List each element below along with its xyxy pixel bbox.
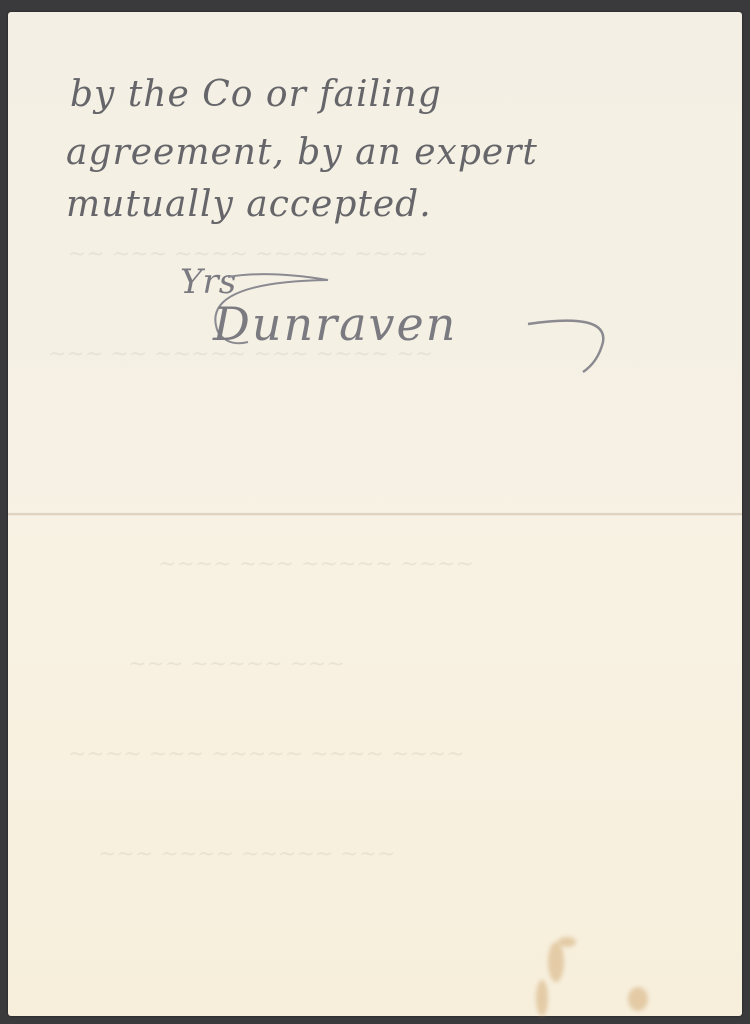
handwritten-line-3: mutually accepted.: [66, 184, 432, 225]
handwritten-line-1: by the Co or failing: [70, 74, 442, 115]
stain: [558, 937, 576, 947]
signature: Dunraven: [213, 297, 457, 351]
reverse-bleed-text: ~~ ~~~ ~~~~ ~~~~~ ~~~~: [68, 242, 428, 267]
handwritten-line-2: agreement, by an expert: [66, 132, 538, 173]
stain: [628, 987, 648, 1011]
reverse-bleed-text: ~~~~ ~~~ ~~~~~ ~~~~: [158, 552, 474, 577]
letter-page: ~~ ~~~ ~~~~ ~~~~~ ~~~~ ~~~ ~~ ~~~~~ ~~~ …: [8, 12, 742, 1016]
reverse-bleed-text: ~~~ ~~~~ ~~~~~ ~~~: [98, 842, 395, 867]
stain: [548, 942, 564, 982]
reverse-bleed-text: ~~~ ~~~~~ ~~~: [128, 652, 345, 677]
stain: [536, 980, 548, 1016]
fold-crease: [8, 512, 742, 516]
reverse-bleed-text: ~~~~ ~~~ ~~~~~ ~~~~ ~~~~: [68, 742, 465, 767]
